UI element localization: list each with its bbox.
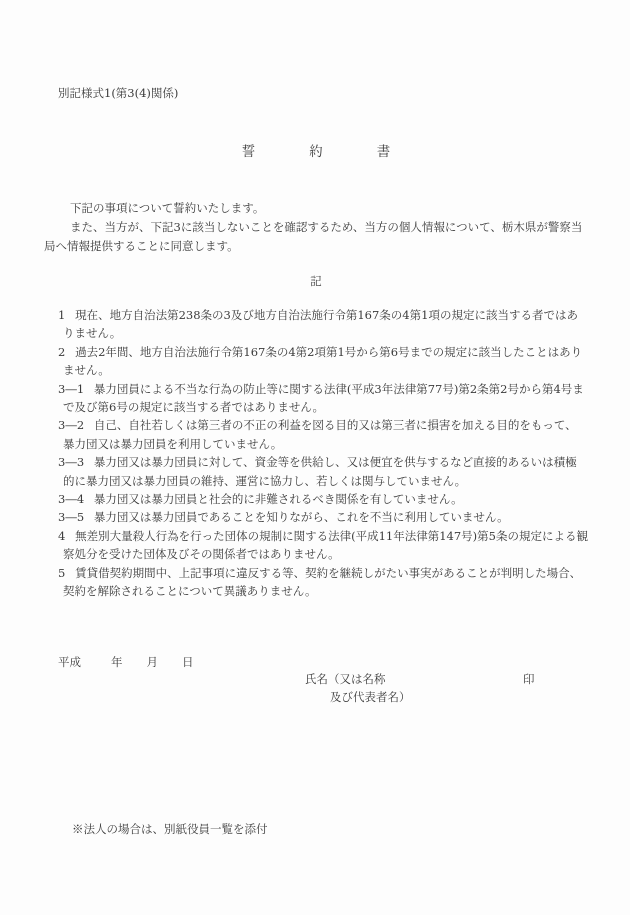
pledge-item-3-3-number: 3―3 [58, 455, 84, 469]
pledge-item-3-3: 3―3暴力団又は暴力団員に対して、資金等を供給し、又は便宜を供与するなど直接的あ… [53, 453, 588, 490]
name-field-label-line2: 及び代表者名） [330, 688, 411, 707]
date-year-label: 年 [111, 655, 123, 669]
pledge-item-3-4-number: 3―4 [58, 492, 84, 506]
pledge-item-1-text: 現在、地方自治法第238条の3及び地方自治法施行令第167条の4第1項の規定に該… [63, 308, 578, 340]
pledge-item-list: 1現在、地方自治法第238条の3及び地方自治法施行令第167条の4第1項の規定に… [44, 306, 588, 601]
record-heading: 記 [44, 272, 588, 291]
pledge-item-5: 5賃貸借契約期間中、上記事項に違反する等、契約を継続しがたい事実があることが判明… [53, 564, 588, 601]
intro-paragraph-1: 下記の事項について誓約いたします。 [44, 199, 588, 218]
pledge-item-2: 2過去2年間、地方自治法施行令第167条の4第2項第1号から第6号までの規定に該… [53, 343, 588, 380]
pledge-item-4: 4無差別大量殺人行為を行った団体の規制に関する法律(平成11年法律第147号)第… [53, 527, 588, 564]
pledge-item-3-4-text: 暴力団又は暴力団員と社会的に非難されるべき関係を有していません。 [94, 492, 463, 506]
pledge-item-3-2-text: 自己、自社若しくは第三者の不正の利益を図る目的又は第三者に損害を加える目的をもっ… [63, 418, 577, 450]
intro-paragraph-2: また、当方が、下記3に該当しないことを確認するため、当方の個人情報について、栃木… [44, 218, 588, 256]
pledge-item-2-number: 2 [58, 345, 65, 359]
pledge-item-3-1-text: 暴力団員による不当な行為の防止等に関する法律(平成3年法律第77号)第2条第2号… [63, 382, 584, 414]
pledge-item-3-2: 3―2自己、自社若しくは第三者の不正の利益を図る目的又は第三者に損害を加える目的… [53, 416, 588, 453]
pledge-item-1: 1現在、地方自治法第238条の3及び地方自治法施行令第167条の4第1項の規定に… [53, 306, 588, 343]
pledge-item-3-1-number: 3―1 [58, 382, 84, 396]
date-era-label: 平成 [58, 655, 81, 669]
name-field-label-line1: 氏名（又は名称 [305, 670, 386, 689]
pledge-item-3-2-number: 3―2 [58, 418, 84, 432]
pledge-item-3-5-number: 3―5 [58, 510, 84, 524]
corporate-attachment-note: ※法人の場合は、別紙役員一覧を添付 [44, 820, 588, 839]
pledge-item-4-text: 無差別大量殺人行為を行った団体の規制に関する法律(平成11年法律第147号)第5… [63, 529, 588, 561]
seal-mark: 印 [523, 670, 535, 689]
pledge-item-2-text: 過去2年間、地方自治法施行令第167条の4第2項第1号から第6号までの規定に該当… [63, 345, 582, 377]
form-reference-number: 別記様式1(第3(4)関係) [44, 84, 588, 103]
pledge-item-5-number: 5 [58, 566, 65, 580]
pledge-item-3-5-text: 暴力団又は暴力団員であることを知りながら、これを不当に利用していません。 [94, 510, 509, 524]
intro-section: 下記の事項について誓約いたします。 また、当方が、下記3に該当しないことを確認す… [44, 199, 588, 256]
pledge-document-page: 別記様式1(第3(4)関係) 誓約書 下記の事項について誓約いたします。 また、… [0, 0, 630, 915]
pledge-item-3-1: 3―1暴力団員による不当な行為の防止等に関する法律(平成3年法律第77号)第2条… [53, 380, 588, 417]
pledge-item-3-5: 3―5暴力団又は暴力団員であることを知りながら、これを不当に利用していません。 [53, 508, 588, 526]
pledge-item-3-3-text: 暴力団又は暴力団員に対して、資金等を供給し、又は便宜を供与するなど直接的あるいは… [63, 455, 577, 487]
pledge-item-3-4: 3―4暴力団又は暴力団員と社会的に非難されるべき関係を有していません。 [53, 490, 588, 508]
date-day-label: 日 [182, 655, 194, 669]
pledge-item-5-text: 賃貸借契約期間中、上記事項に違反する等、契約を継続しがたい事実があることが判明し… [63, 566, 581, 598]
pledge-item-1-number: 1 [58, 308, 65, 322]
pledge-item-4-number: 4 [58, 529, 65, 543]
document-title: 誓約書 [44, 143, 588, 162]
date-month-label: 月 [147, 655, 159, 669]
signature-section: 氏名（又は名称 印 及び代表者名） [44, 670, 588, 710]
